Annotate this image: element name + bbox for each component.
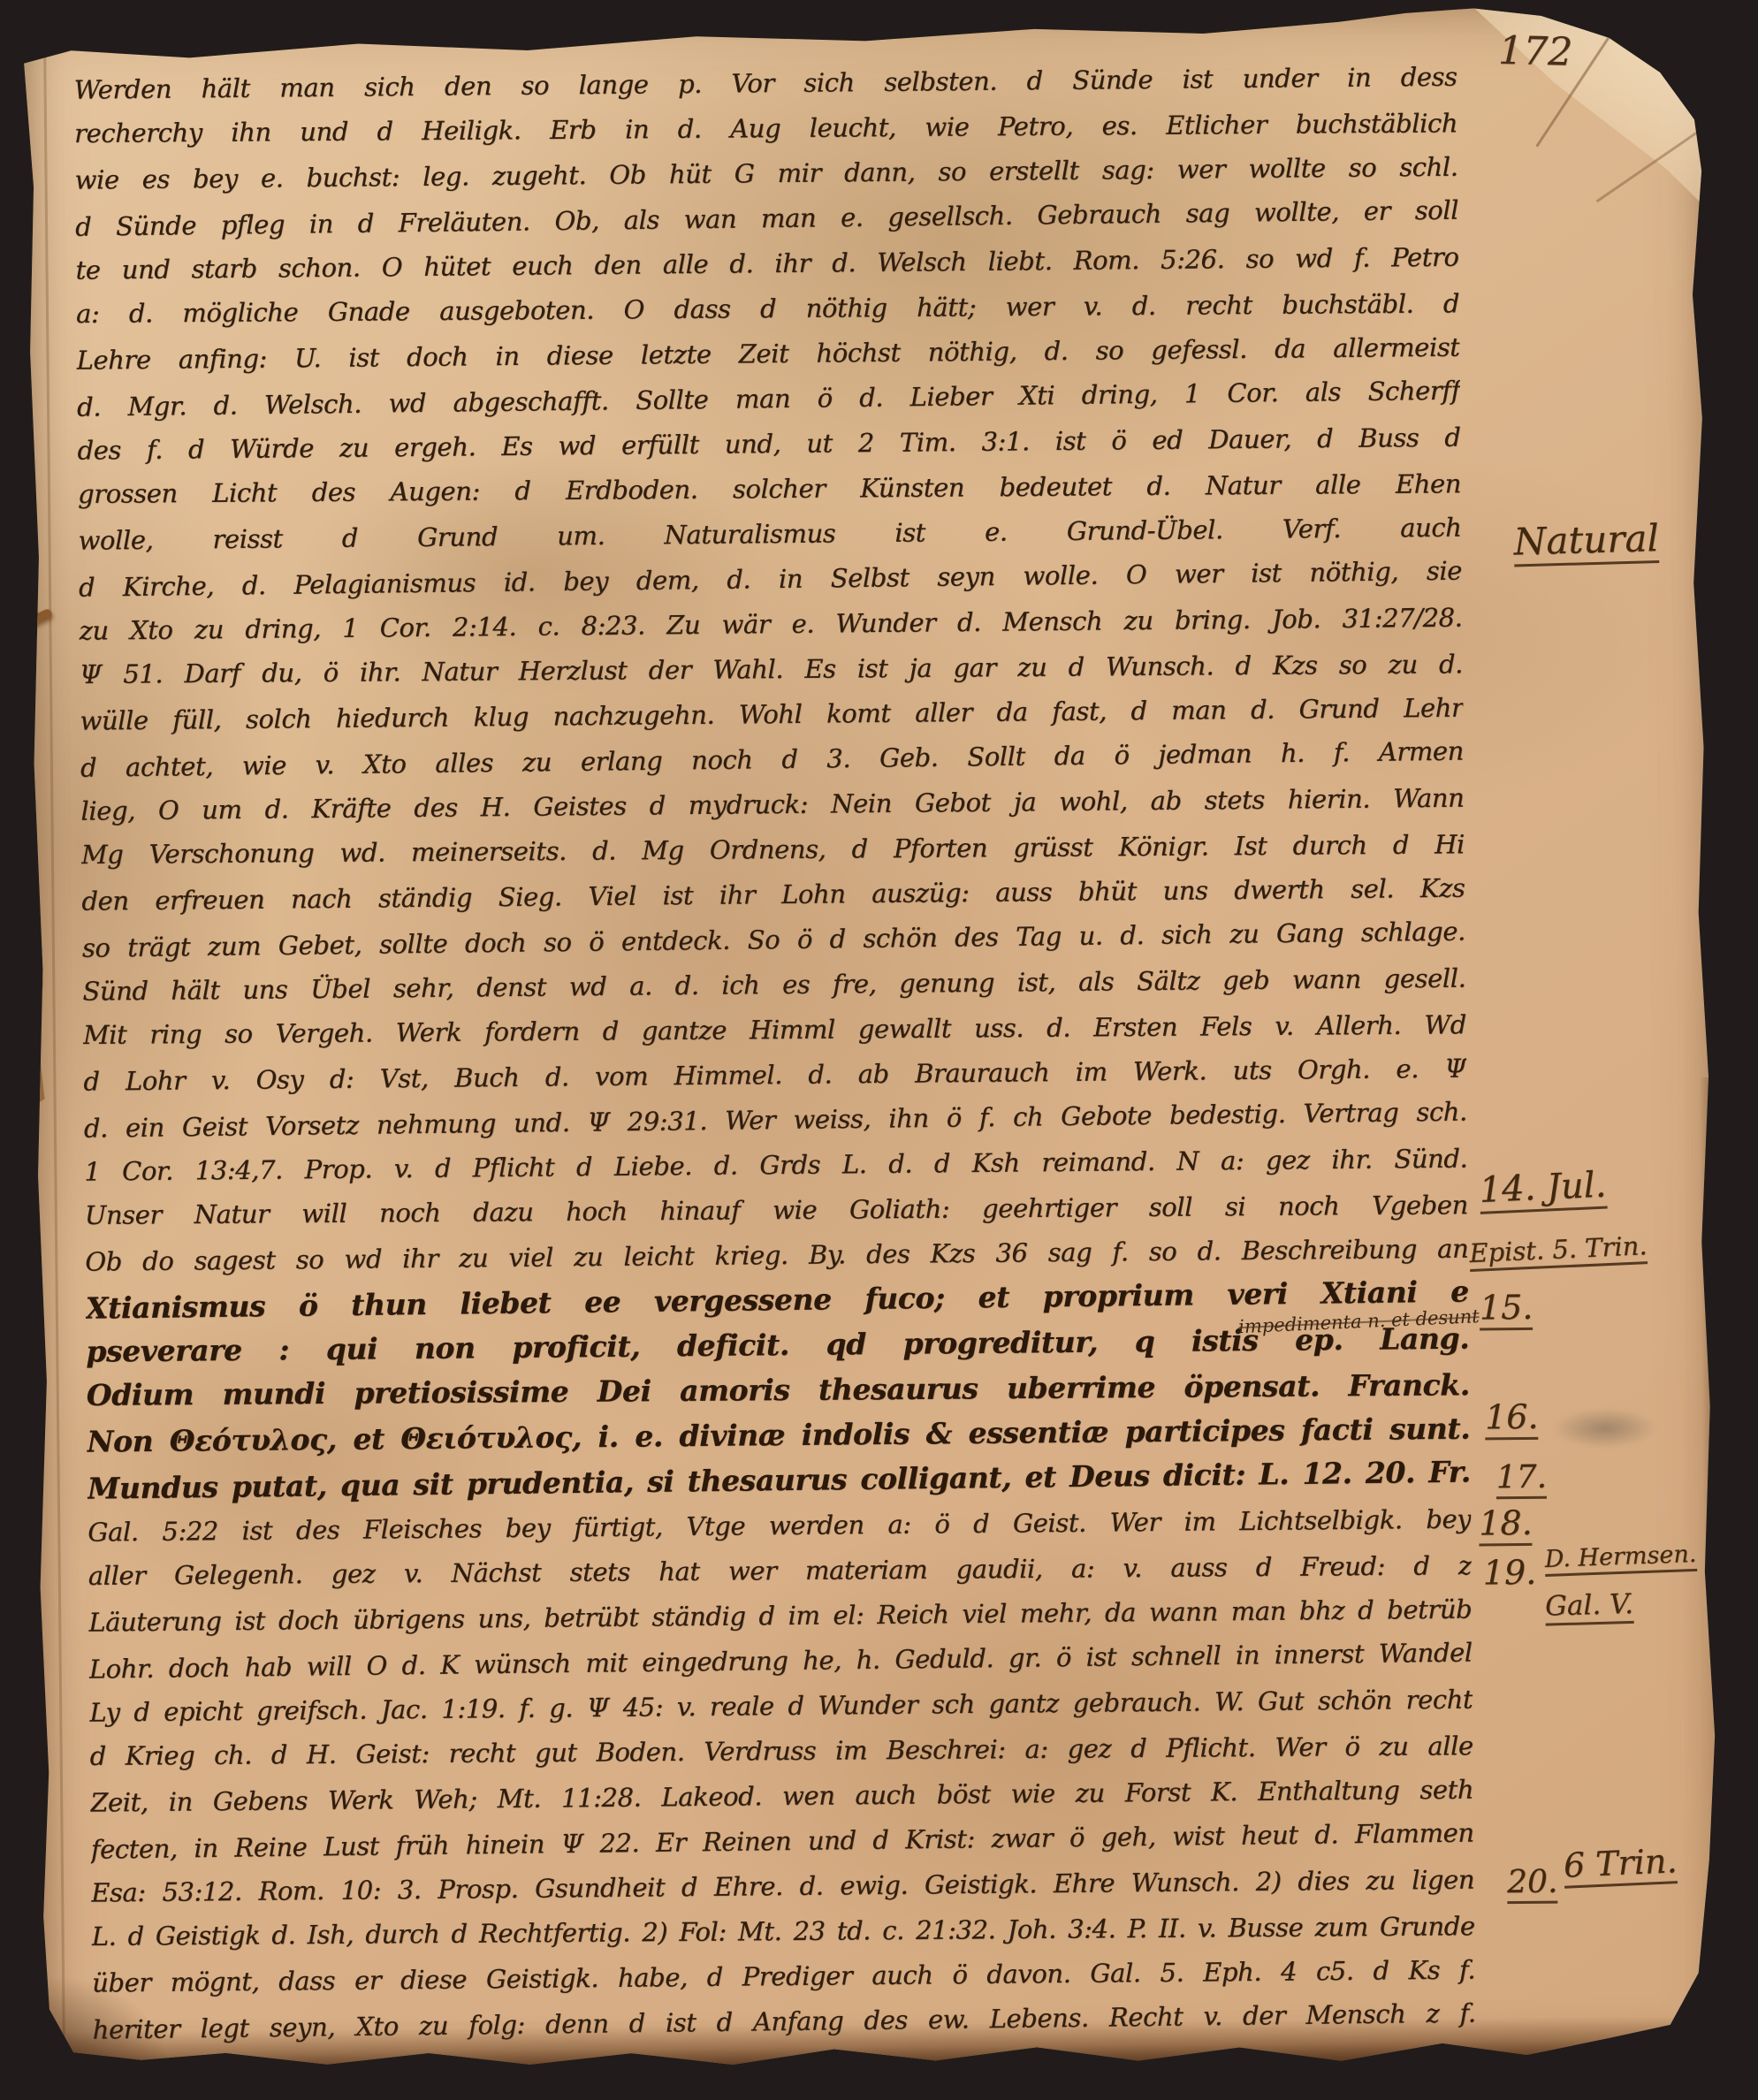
margin-note-18: 18.	[1479, 1503, 1533, 1543]
margin-note-16: 16.	[1485, 1397, 1539, 1437]
margin-note-date-text: 14. Jul.	[1479, 1165, 1608, 1214]
margin-note-natural: Natural	[1513, 516, 1660, 563]
manuscript-body: Werden hält man sich den so lange p. Vor…	[73, 55, 1475, 2051]
photo-stage: Werden hält man sich den so lange p. Vor…	[0, 0, 1758, 2100]
burnt-right-edge	[1699, 1077, 1726, 1571]
margin-note-trinity6: 6 Trin.	[1563, 1841, 1678, 1885]
margin-note-15: 15.	[1480, 1288, 1533, 1328]
margin-note-epistle-text: Epist. 5. Trin.	[1469, 1230, 1648, 1272]
manuscript-page: Werden hält man sich den so lange p. Vor…	[20, 6, 1730, 2081]
margin-note-galatians-text: Gal. V.	[1545, 1588, 1634, 1626]
margin-note-20-text: 20.	[1507, 1864, 1558, 1905]
margin-note-19-text: 19.	[1483, 1553, 1537, 1593]
ink-smudge	[1552, 1408, 1658, 1449]
margin-note-16-text: 16.	[1485, 1397, 1539, 1441]
binding-crease	[43, 22, 65, 2081]
page-number: 172	[1498, 28, 1573, 75]
margin-note-17-text: 17.	[1496, 1459, 1548, 1500]
margin-note-17: 17.	[1496, 1459, 1548, 1496]
binding-tear	[29, 966, 45, 1107]
margin-note-hermsen-text: D. Hermsen.	[1544, 1541, 1697, 1577]
margin-note-trinity6-text: 6 Trin.	[1563, 1841, 1678, 1889]
margin-note-19: 19.	[1483, 1553, 1537, 1593]
margin-note-15-text: 15.	[1480, 1288, 1533, 1331]
margin-note-natural-text: Natural	[1513, 516, 1660, 567]
margin-note-hermsen: D. Hermsen.	[1544, 1541, 1697, 1573]
margin-note-galatians: Gal. V.	[1545, 1588, 1634, 1623]
margin-note-18-text: 18.	[1479, 1503, 1533, 1547]
margin-note-epistle: Epist. 5. Trin.	[1469, 1230, 1648, 1268]
photo-background: { "colors": { "background": "#211c1b", "…	[0, 0, 1758, 2100]
margin-note-20: 20.	[1507, 1864, 1558, 1901]
margin-note-date: 14. Jul.	[1479, 1165, 1608, 1211]
